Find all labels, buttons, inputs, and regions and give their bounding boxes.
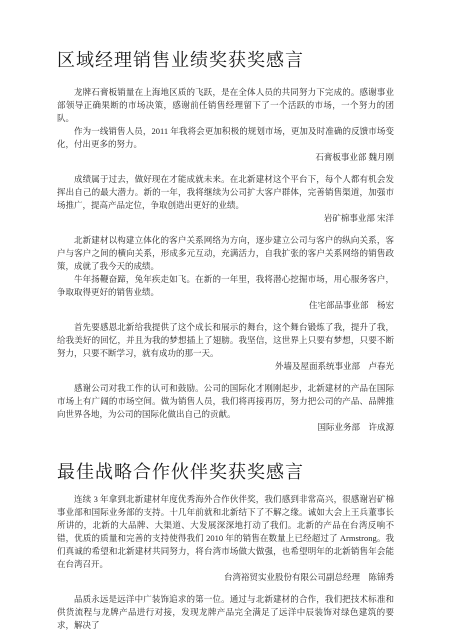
testimonial-paragraph: 牛年扬鞭奋蹄，兔年疾走如飞。在新的一年里，我将潜心挖掘市场，用心服务客户，争取取… (57, 273, 394, 299)
section-title-best-strategic-partner-award: 最佳战略合作伙伴奖获奖感言 (57, 459, 394, 485)
testimonial-attribution: 国际业务部 许成源 (57, 421, 394, 434)
testimonial-entry: 首先要感恩北新给我提供了这个成长和展示的舞台，这个舞台锻炼了我，提升了我，给我美… (57, 321, 394, 373)
section-regional-manager-award: 区域经理销售业绩奖获奖感言 龙牌石膏板销量在上海地区质的飞跃，是在全体人员的共同… (57, 47, 394, 434)
testimonial-attribution: 台湾裕贸实业股份有限公司副总经理 陈锦秀 (57, 571, 394, 584)
section-title-regional-manager-award: 区域经理销售业绩奖获奖感言 (57, 47, 394, 73)
testimonial-entry: 连续 3 年拿到北新建材年度优秀海外合作伙伴奖，我们感到非常高兴，很感谢岩矿棉事… (57, 493, 394, 584)
testimonial-entry: 品质永远是远洋中广装饰追求的第一位。通过与北新建材的合作，我们把技术标准和供货流… (57, 593, 394, 632)
testimonial-paragraph: 连续 3 年拿到北新建材年度优秀海外合作伙伴奖，我们感到非常高兴，很感谢岩矿棉事… (57, 493, 394, 571)
testimonial-paragraph: 感谢公司对我工作的认可和鼓励。公司的国际化才刚刚起步，北新建材的产品在国际市场上… (57, 382, 394, 421)
testimonial-attribution: 石膏板事业部 魏月刚 (57, 151, 394, 164)
testimonial-entry: 感谢公司对我工作的认可和鼓励。公司的国际化才刚刚起步，北新建材的产品在国际市场上… (57, 382, 394, 434)
testimonial-attribution: 住宅部品事业部 杨宏 (57, 299, 394, 312)
testimonial-paragraph: 首先要感恩北新给我提供了这个成长和展示的舞台，这个舞台锻炼了我，提升了我，给我美… (57, 321, 394, 360)
testimonial-attribution: 岩矿棉事业部 宋洋 (57, 212, 394, 225)
testimonial-paragraph: 品质永远是远洋中广装饰追求的第一位。通过与北新建材的合作，我们把技术标准和供货流… (57, 593, 394, 632)
testimonial-entry: 成绩属于过去，做好现在才能成就未来。在北新建材这个平台下，每个人都有机会发挥出自… (57, 173, 394, 225)
section-best-strategic-partner-award: 最佳战略合作伙伴奖获奖感言 连续 3 年拿到北新建材年度优秀海外合作伙伴奖，我们… (57, 459, 394, 632)
testimonial-paragraph: 作为一线销售人员，2011 年我将会更加积极的规划市场，更加及时准确的反馈市场变… (57, 125, 394, 151)
document-page: 区域经理销售业绩奖获奖感言 龙牌石膏板销量在上海地区质的飞跃，是在全体人员的共同… (0, 0, 451, 638)
testimonial-paragraph: 北新建材以构建立体化的客户关系网络为方向，逐步建立公司与客户的纵向关系，客户与客… (57, 234, 394, 273)
testimonial-paragraph: 成绩属于过去，做好现在才能成就未来。在北新建材这个平台下，每个人都有机会发挥出自… (57, 173, 394, 212)
testimonial-paragraph: 龙牌石膏板销量在上海地区质的飞跃，是在全体人员的共同努力下完成的。感谢事业部领导… (57, 86, 394, 125)
testimonial-attribution: 外墙及屋面系统事业部 卢春光 (57, 360, 394, 373)
testimonial-entry: 北新建材以构建立体化的客户关系网络为方向，逐步建立公司与客户的纵向关系，客户与客… (57, 234, 394, 312)
testimonial-entry: 龙牌石膏板销量在上海地区质的飞跃，是在全体人员的共同努力下完成的。感谢事业部领导… (57, 86, 394, 164)
